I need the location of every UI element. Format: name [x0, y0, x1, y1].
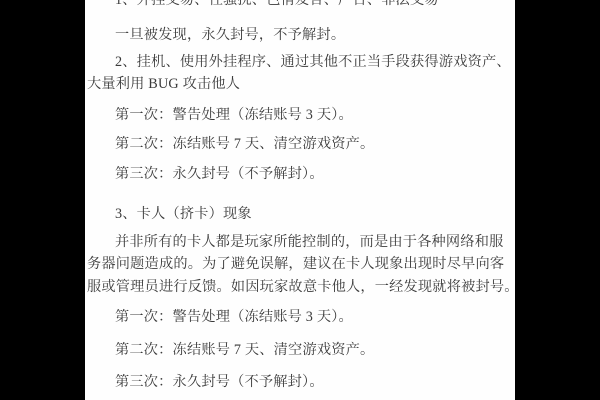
letterbox-right-bar [515, 0, 600, 400]
text-line: 第二次：冻结账号 7 天、清空游戏资产。 [87, 133, 513, 155]
text-line: 第三次：永久封号（不予解封）。 [87, 371, 513, 393]
screenshot-root: { "window": { "background_color": "#0000… [0, 0, 600, 400]
text-line: 第二次：冻结账号 7 天、清空游戏资产。 [87, 339, 513, 361]
document-page: 1、外挂交易、性骚扰、色情发言、广告、非法交易 一旦被发现，永久封号，不予解封。… [85, 0, 515, 400]
text-line: 第一次：警告处理（冻结账号 3 天）。 [87, 306, 513, 328]
letterbox-left-bar [0, 0, 85, 400]
text-line: 2、挂机、使用外挂程序、通过其他不正当手段获得游戏资产、 [87, 51, 513, 73]
text-line: 务器问题造成的。为了避免误解，建议在卡人现象出现时尽早向客 [87, 253, 513, 275]
text-line-clipped: 1、外挂交易、性骚扰、色情发言、广告、非法交易 [87, 0, 513, 11]
text-line: 一旦被发现，永久封号，不予解封。 [87, 24, 513, 46]
text-line: 第一次：警告处理（冻结账号 3 天）。 [87, 104, 513, 126]
text-line: 大量利用 BUG 攻击他人 [87, 73, 513, 95]
text-line: 并非所有的卡人都是玩家所能控制的，而是由于各种网络和服 [87, 231, 513, 253]
text-line: 第三次：永久封号（不予解封）。 [87, 163, 513, 185]
text-line: 服或管理员进行反馈。如因玩家故意卡他人，一经发现就将被封号。 [87, 276, 513, 298]
text-line-section-heading: 3、卡人（挤卡）现象 [87, 203, 513, 225]
